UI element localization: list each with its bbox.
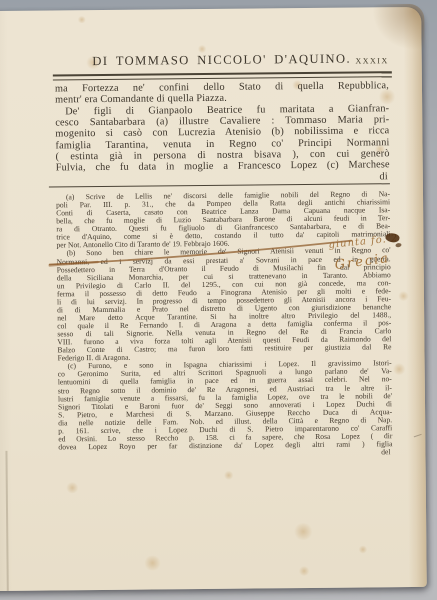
page-title: DI TOMMASO NICCOLO' D'AQUINO. [55,51,389,69]
foxing-spot [393,363,406,375]
foxing-spot [77,16,86,23]
foxing-spot [198,45,207,53]
foxing-spot [293,523,313,540]
foxing-spot [224,471,234,480]
page-edge-shadow [5,451,8,591]
running-header: DI TOMMASO NICCOLO' D'AQUINO. xxxix [55,51,389,72]
foxing-spot [358,545,367,553]
foxing-spot [143,555,161,570]
text-block: DI TOMMASO NICCOLO' D'AQUINO. xxxix ma F… [54,7,388,10]
page-number: xxxix [355,54,388,66]
book-page: DI TOMMASO NICCOLO' D'AQUINO. xxxix ma F… [0,7,427,591]
foxing-spot [299,566,310,576]
corner-stain [372,4,424,50]
ink-blot-small [395,243,402,248]
header-double-rule [53,71,392,80]
pencil-mark [414,434,423,441]
footnotes: (a) Scrive de Lellis ne' discorsi delle … [56,190,393,459]
foxing-spot [66,482,79,493]
foxing-spot [398,291,409,301]
main-paragraph: ma Fortezza ne' confini dello Stato di q… [55,80,390,185]
